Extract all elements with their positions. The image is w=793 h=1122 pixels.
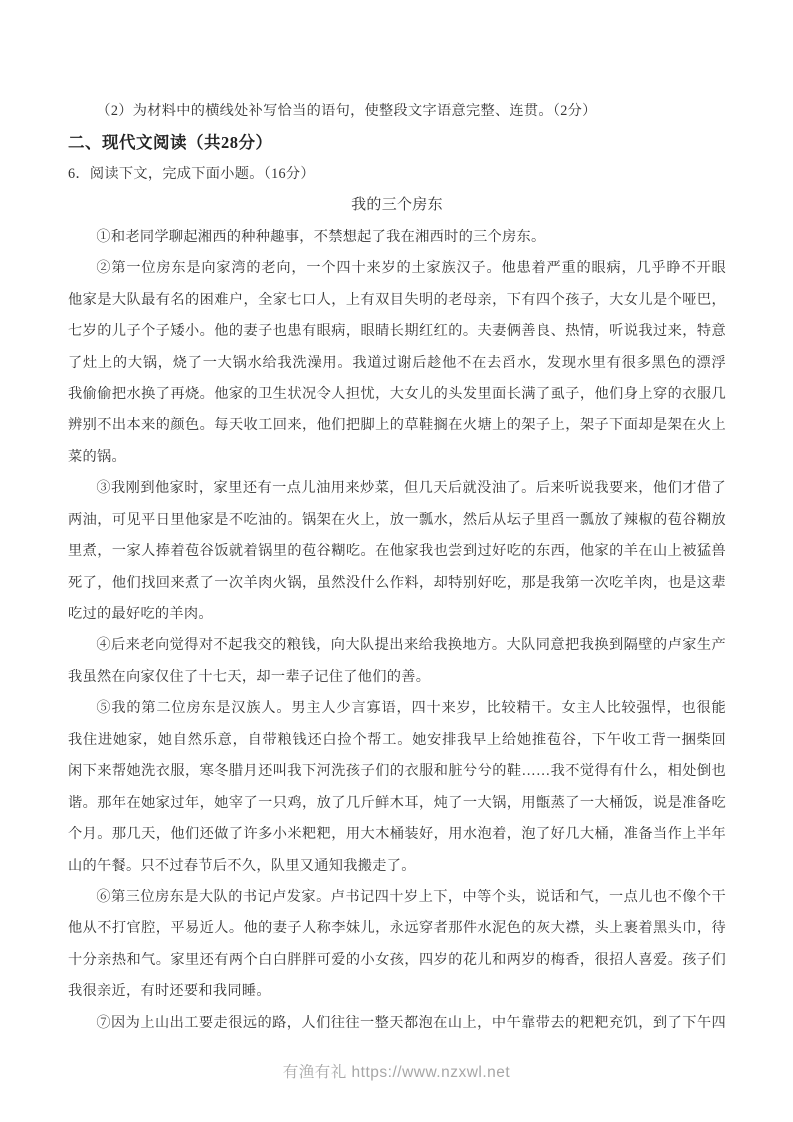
essay-line: ③我刚到他家时，家里还有一点儿油用来炒菜，但几天后就没油了。后来听说我要来，他们… (68, 473, 726, 504)
essay-line: 我很亲近，有时还要和我同睡。 (68, 976, 726, 1007)
essay-line: 十分亲热和气。家里还有两个白白胖胖可爱的小女孩，四岁的花儿和两岁的梅香，很招人喜… (68, 945, 726, 976)
question-6-prompt: 6．阅读下文，完成下面小题。（16分） (68, 159, 726, 190)
section-heading: 二、现代文阅读（共28分） (68, 127, 726, 158)
essay-line: 山的午餐。只不过春节后不久，队里又通知我搬走了。 (68, 851, 726, 882)
essay-line: 菜的锅。 (68, 442, 726, 473)
essay-line: ⑥第三位房东是大队的书记卢发家。卢书记四十岁上下，中等个头，说话和气，一点儿也不… (68, 882, 726, 913)
essay-line: 死了，他们找回来煮了一次羊肉火锅，虽然没什么作料，却特别好吃，那是我第一次吃羊肉… (68, 568, 726, 599)
essay-line: 我虽然在向家仅住了十七天，却一辈子记住了他们的善。 (68, 662, 726, 693)
footer-text: 有渔有礼 https://www.nzxwl.net (283, 1064, 510, 1081)
essay-line: ①和老同学聊起湘西的种种趣事，不禁想起了我在湘西时的三个房东。 (68, 222, 726, 253)
essay-line: 吃过的最好吃的羊肉。 (68, 599, 726, 630)
essay-line: ⑦因为上山出工要走很远的路，人们往往一整天都泡在山上，中午靠带去的粑粑充饥，到了… (68, 1008, 726, 1039)
essay-line: ②第一位房东是向家湾的老向，一个四十来岁的土家族汉子。他患着严重的眼病，几乎睁不… (68, 253, 726, 284)
essay-line: 个月。那几天，他们还做了许多小米粑粑，用大木桶装好，用水泡着，泡了好几大桶，准备… (68, 819, 726, 850)
essay-line: 谐。那年在她家过年，她宰了一只鸡，放了几斤鲜木耳，炖了一大锅，用甑蒸了一大桶饭，… (68, 788, 726, 819)
essay-line: 他家是大队最有名的困难户，全家七口人，上有双目失明的老母亲，下有四个孩子，大女儿… (68, 285, 726, 316)
exam-page: （2）为材料中的横线处补写恰当的语句，使整段文字语意完整、连贯。（2分） 二、现… (0, 0, 793, 1122)
exam-content: （2）为材料中的横线处补写恰当的语句，使整段文字语意完整、连贯。（2分） 二、现… (68, 96, 726, 1039)
essay-body: ①和老同学聊起湘西的种种趣事，不禁想起了我在湘西时的三个房东。②第一位房东是向家… (68, 222, 726, 1039)
question-2-prompt: （2）为材料中的横线处补写恰当的语句，使整段文字语意完整、连贯。（2分） (68, 96, 726, 127)
essay-line: 闲下来帮她洗衣服，寒冬腊月还叫我下河洗孩子们的衣服和脏兮兮的鞋……我不觉得有什么… (68, 756, 726, 787)
essay-line: ④后来老向觉得对不起我交的粮钱，向大队提出来给我换地方。大队同意把我换到隔壁的卢… (68, 630, 726, 661)
essay-line: 了灶上的大锅，烧了一大锅水给我洗澡用。我道过谢后趁他不在去舀水，发现水里有很多黑… (68, 348, 726, 379)
essay-line: 我住进她家，她自然乐意，自带粮钱还白捡个帮工。她安排我早上给她推苞谷，下午收工背… (68, 725, 726, 756)
essay-line: 辨别不出本来的颜色。每天收工回来，他们把脚上的草鞋搁在火塘上的架子上，架子下面却… (68, 410, 726, 441)
essay-line: 两油，可见平日里他家是不吃油的。锅架在火上，放一瓢水，然后从坛子里舀一瓢放了辣椒… (68, 505, 726, 536)
essay-line: 七岁的儿子个子矮小。他的妻子也患有眼病，眼睛长期红红的。夫妻俩善良、热情，听说我… (68, 316, 726, 347)
essay-title: 我的三个房东 (68, 190, 726, 221)
essay-line: ⑤我的第二位房东是汉族人。男主人少言寡语，四十来岁，比较精干。女主人比较强悍，也… (68, 693, 726, 724)
essay-line: 里煮，一家人捧着苞谷饭就着锅里的苞谷糊吃。在他家我也尝到过好吃的东西，他家的羊在… (68, 536, 726, 567)
footer-watermark: 有渔有礼 https://www.nzxwl.net (0, 1060, 793, 1082)
essay-line: 他从不打官腔，平易近人。他的妻子人称李妹儿，永远穿者那件水泥色的灰大襟，头上裹着… (68, 913, 726, 944)
essay-line: 我偷偷把水换了再烧。他家的卫生状况令人担忧，大女儿的头发里面长满了虱子，他们身上… (68, 379, 726, 410)
